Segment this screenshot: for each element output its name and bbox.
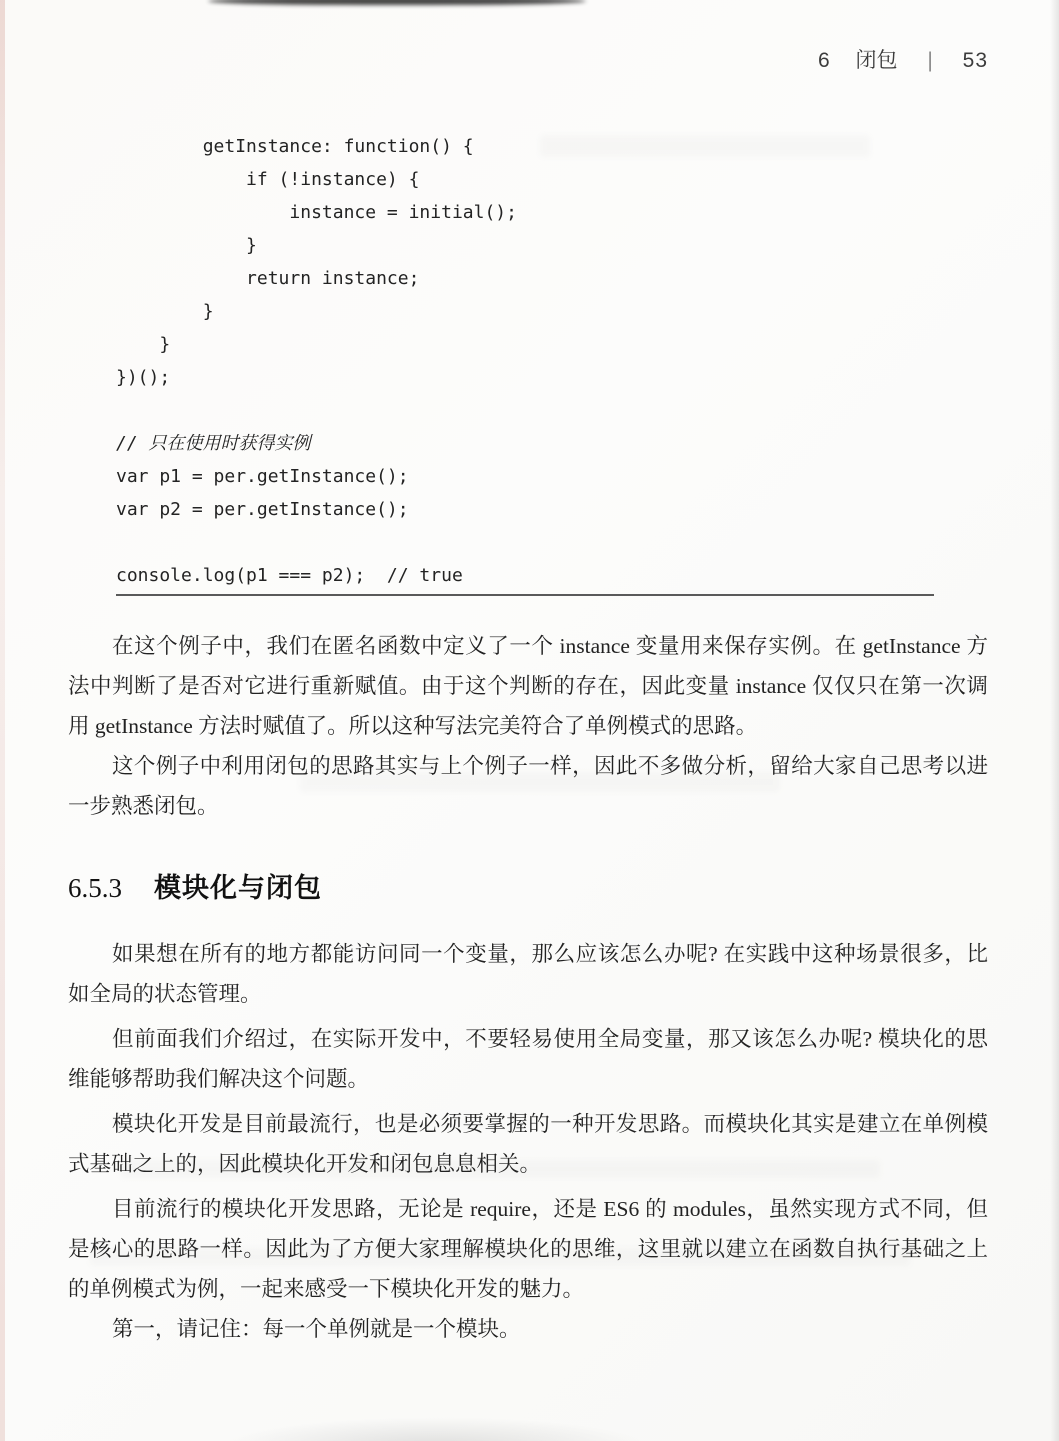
code-line: getInstance: function() { bbox=[116, 130, 934, 163]
paragraph-line: 用 getInstance 方法时赋值了。所以这种写法完美符合了单例模式的思路。 bbox=[68, 706, 988, 746]
header-divider: | bbox=[927, 49, 932, 72]
paragraph-line: 的单例模式为例，一起来感受一下模块化开发的魅力。 bbox=[68, 1269, 988, 1309]
running-head: 6 闭包 | 53 bbox=[68, 0, 988, 70]
paragraph: 模块化开发是目前最流行，也是必须要掌握的一种开发思路。而模块化其实是建立在单例模… bbox=[68, 1104, 988, 1184]
chapter-number: 6 bbox=[818, 49, 830, 72]
code-line: var p2 = per.getInstance(); bbox=[116, 493, 934, 526]
paragraph: 这个例子中利用闭包的思路其实与上个例子一样，因此不多做分析，留给大家自己思考以进… bbox=[68, 746, 988, 826]
paragraph: 目前流行的模块化开发思路，无论是 require，还是 ES6 的 module… bbox=[68, 1189, 988, 1309]
code-line: })(); bbox=[116, 361, 934, 394]
paragraph: 但前面我们介绍过，在实际开发中，不要轻易使用全局变量，那又该怎么办呢? 模块化的… bbox=[68, 1019, 988, 1099]
section-number: 6.5.3 bbox=[68, 873, 122, 903]
code-line: if (!instance) { bbox=[116, 163, 934, 196]
code-line bbox=[116, 526, 934, 559]
paragraph-line: 法中判断了是否对它进行重新赋值。由于这个判断的存在，因此变量 instance … bbox=[68, 666, 988, 706]
paragraph: 如果想在所有的地方都能访问同一个变量，那么应该怎么办呢? 在实践中这种场景很多，… bbox=[68, 934, 988, 1014]
code-line: instance = initial(); bbox=[116, 196, 934, 229]
paragraph-line: 如全局的状态管理。 bbox=[68, 974, 988, 1014]
code-listing: getInstance: function() { if (!instance)… bbox=[116, 130, 934, 596]
section-heading: 6.5.3 模块化与闭包 bbox=[68, 868, 988, 908]
paragraph-line: 目前流行的模块化开发思路，无论是 require，还是 ES6 的 module… bbox=[68, 1189, 988, 1229]
paragraph-line: 式基础之上的，因此模块化开发和闭包息息相关。 bbox=[68, 1144, 988, 1184]
code-line: } bbox=[116, 295, 934, 328]
chapter-title: 闭包 bbox=[855, 49, 897, 72]
code-line: var p1 = per.getInstance(); bbox=[116, 460, 934, 493]
book-page-scan: 6 闭包 | 53 getInstance: function() { if (… bbox=[0, 0, 1059, 1441]
paragraph-line: 第一，请记住：每一个单例就是一个模块。 bbox=[68, 1309, 988, 1349]
page-number: 53 bbox=[963, 49, 988, 72]
paragraph: 第一，请记住：每一个单例就是一个模块。 bbox=[68, 1309, 988, 1349]
code-line: return instance; bbox=[116, 262, 934, 295]
scan-smudge-artifact bbox=[220, 1417, 650, 1441]
paragraph-line: 是核心的思路一样。因此为了方便大家理解模块化的思维，这里就以建立在函数自执行基础… bbox=[68, 1229, 988, 1269]
code-line: } bbox=[116, 328, 934, 361]
code-comment-line: // 只在使用时获得实例 bbox=[116, 427, 934, 460]
section-title: 模块化与闭包 bbox=[154, 873, 322, 903]
paragraph-line: 在这个例子中，我们在匿名函数中定义了一个 instance 变量用来保存实例。在… bbox=[68, 626, 988, 666]
code-line: } bbox=[116, 229, 934, 262]
paragraph-line: 一步熟悉闭包。 bbox=[68, 786, 988, 826]
paragraph: 在这个例子中，我们在匿名函数中定义了一个 instance 变量用来保存实例。在… bbox=[68, 626, 988, 746]
paragraph-line: 模块化开发是目前最流行，也是必须要掌握的一种开发思路。而模块化其实是建立在单例模 bbox=[68, 1104, 988, 1144]
code-line bbox=[116, 394, 934, 427]
paragraph-line: 但前面我们介绍过，在实际开发中，不要轻易使用全局变量，那又该怎么办呢? 模块化的… bbox=[68, 1019, 988, 1059]
page-content: 6 闭包 | 53 getInstance: function() { if (… bbox=[0, 0, 1059, 1349]
paragraph-line: 这个例子中利用闭包的思路其实与上个例子一样，因此不多做分析，留给大家自己思考以进 bbox=[68, 746, 988, 786]
paragraph-line: 维能够帮助我们解决这个问题。 bbox=[68, 1059, 988, 1099]
code-line: console.log(p1 === p2); // true bbox=[116, 559, 934, 592]
paragraph-line: 如果想在所有的地方都能访问同一个变量，那么应该怎么办呢? 在实践中这种场景很多，… bbox=[68, 934, 988, 974]
